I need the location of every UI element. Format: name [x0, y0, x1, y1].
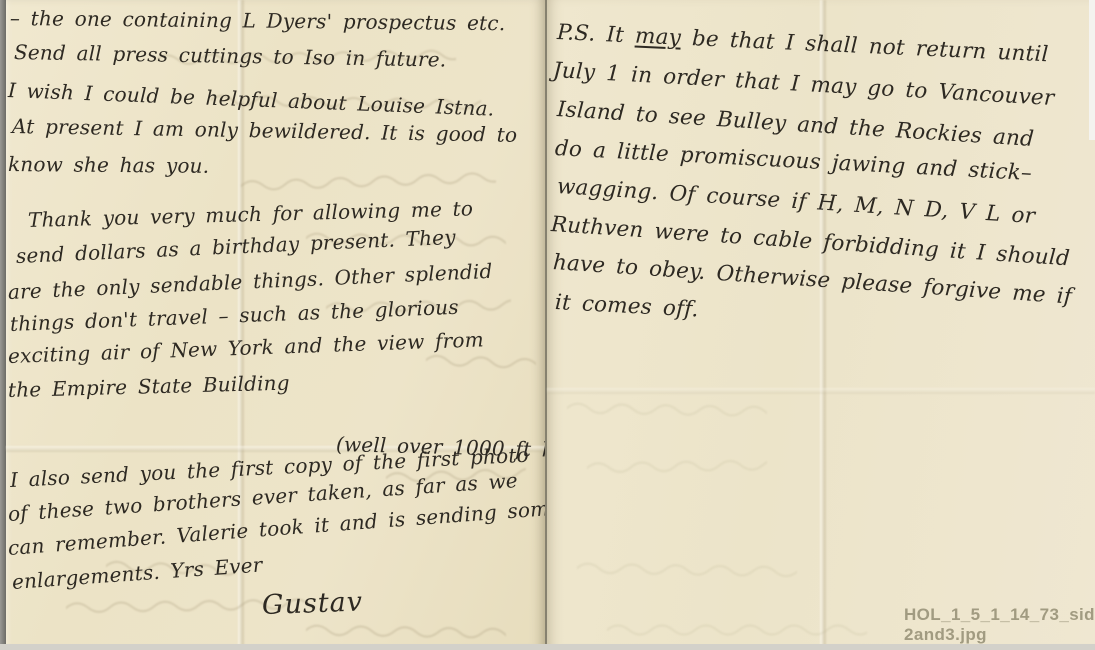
bleedthrough-stroke [306, 622, 506, 641]
archive-filename-watermark: HOL_1_5_1_14_73_sides 2and3.jpg [904, 605, 1095, 644]
archive-filename-line2: 2and3.jpg [904, 625, 1095, 645]
manuscript-line: At present I am only bewildered. It is g… [12, 114, 518, 147]
bleedthrough-stroke [241, 169, 496, 194]
bleedthrough-stroke [607, 622, 867, 638]
bleedthrough-stroke [567, 400, 767, 419]
fold-crease-horizontal [547, 388, 1095, 394]
bleedthrough-stroke [587, 457, 767, 476]
manuscript-line: P.S. It may be that I shall not return u… [556, 20, 1049, 67]
scanner-edge-bottom [0, 644, 1095, 650]
manuscript-line: it comes off. [554, 290, 699, 322]
underlined-word: may [635, 24, 682, 51]
manuscript-line: send dollars as a birthday present. They [15, 225, 456, 268]
bleedthrough-stroke [426, 352, 536, 372]
manuscript-line: know she has you. [8, 152, 209, 178]
manuscript-line: Send all press cuttings to Iso in future… [14, 40, 447, 72]
manuscript-line: the Empire State Building [8, 371, 290, 402]
archive-filename-line1: HOL_1_5_1_14_73_sides [904, 605, 1095, 625]
letter-page-left: – the one containing L Dyers' prospectus… [6, 0, 545, 650]
bleedthrough-stroke [577, 560, 797, 580]
scanner-edge-right [1089, 0, 1095, 140]
signature: Gustav [261, 586, 363, 621]
letter-page-right: P.S. It may be that I shall not return u… [547, 0, 1095, 650]
manuscript-line: – the one containing L Dyers' prospectus… [10, 6, 506, 35]
scanned-letter: – the one containing L Dyers' prospectus… [0, 0, 1095, 650]
manuscript-line: exciting air of New York and the view fr… [8, 327, 485, 368]
manuscript-line: enlargements. Yrs Ever [11, 553, 263, 594]
